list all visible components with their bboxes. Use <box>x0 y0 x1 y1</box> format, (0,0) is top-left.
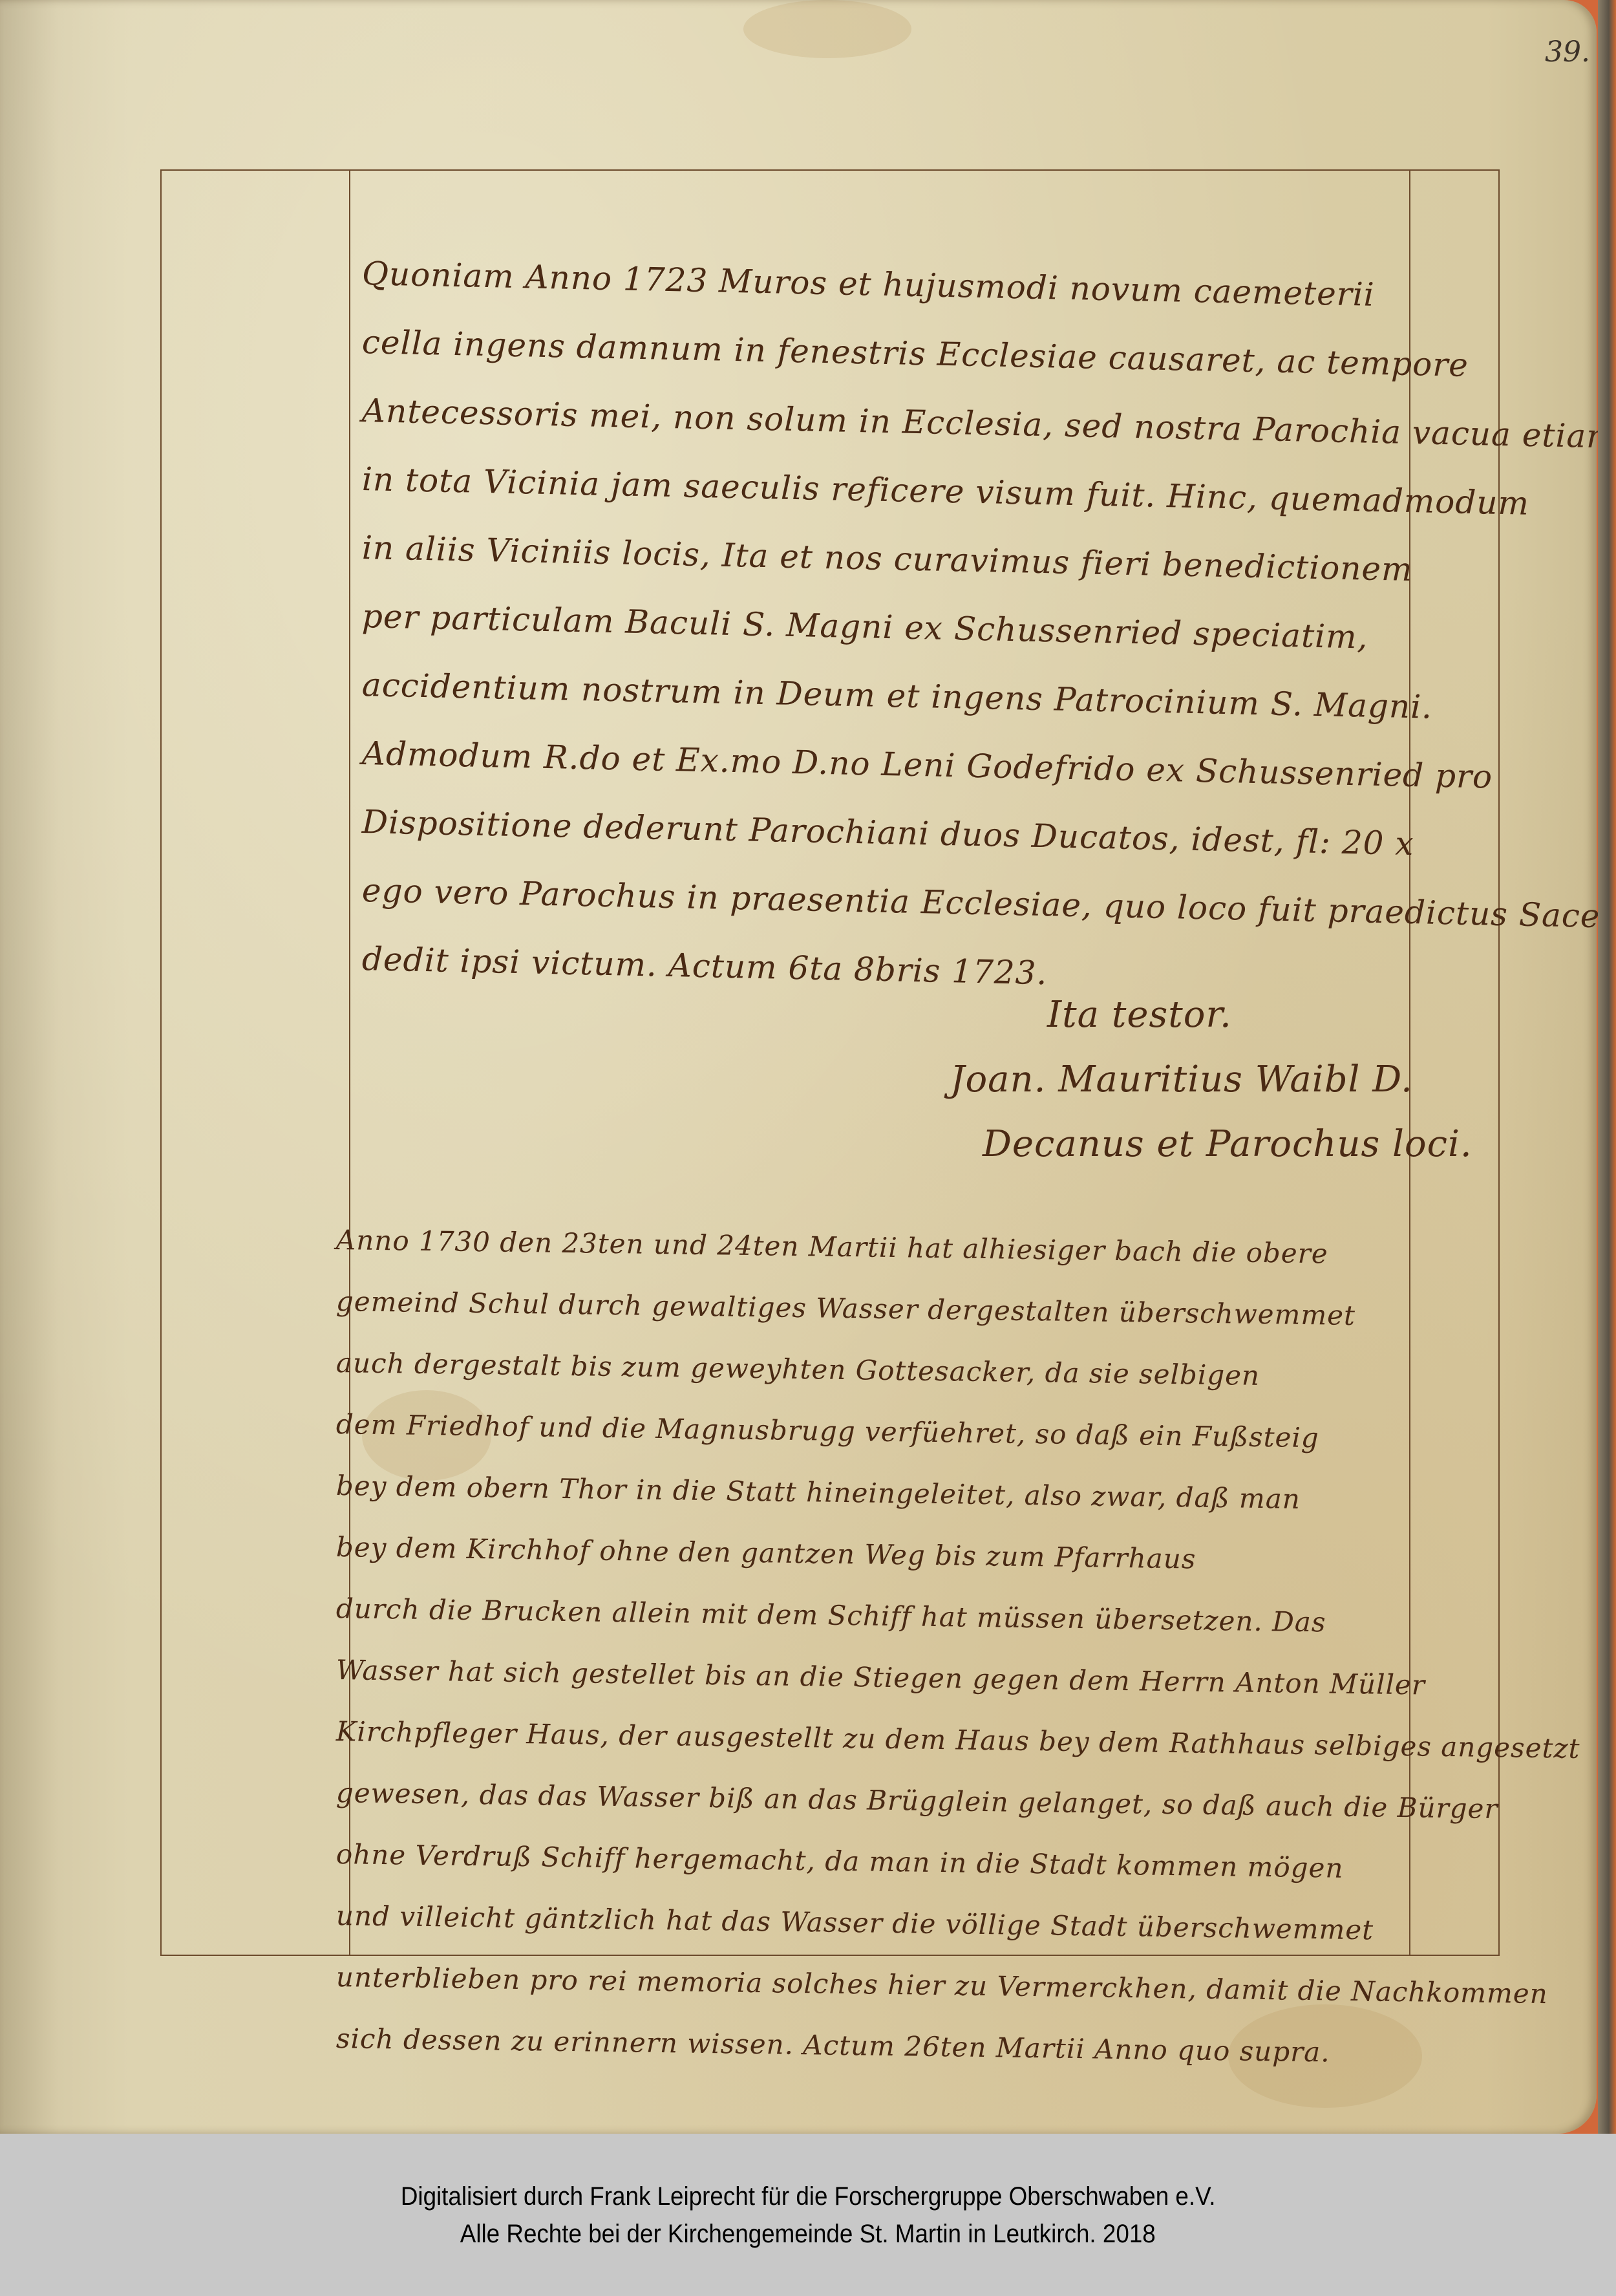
book-edge <box>1598 0 1616 2134</box>
manuscript-page: 39. Quoniam Anno 1723 Muros et hujusmodi… <box>0 0 1597 2134</box>
signatory-title: Decanus et Parochus loci. <box>950 1112 1416 1177</box>
attestation: Ita testor. <box>950 983 1416 1047</box>
manuscript-scan: 39. Quoniam Anno 1723 Muros et hujusmodi… <box>0 0 1616 2134</box>
signatory-name: Joan. Mauritius Waibl D. <box>950 1047 1416 1112</box>
caption-rights: Alle Rechte bei der Kirchengemeinde St. … <box>460 2215 1156 2253</box>
page-number: 39. <box>1545 36 1590 69</box>
stain <box>743 0 911 58</box>
entry-1730: Anno 1730 den 23ten und 24ten Martii hat… <box>336 1209 1551 2069</box>
caption-digitized-by: Digitalisiert durch Frank Leiprecht für … <box>401 2178 1216 2215</box>
digitization-caption: Digitalisiert durch Frank Leiprecht für … <box>0 2134 1616 2296</box>
entry-1723: Quoniam Anno 1723 Muros et hujusmodi nov… <box>362 239 1422 993</box>
signature-block: Ita testor. Joan. Mauritius Waibl D. Dec… <box>950 983 1416 1177</box>
